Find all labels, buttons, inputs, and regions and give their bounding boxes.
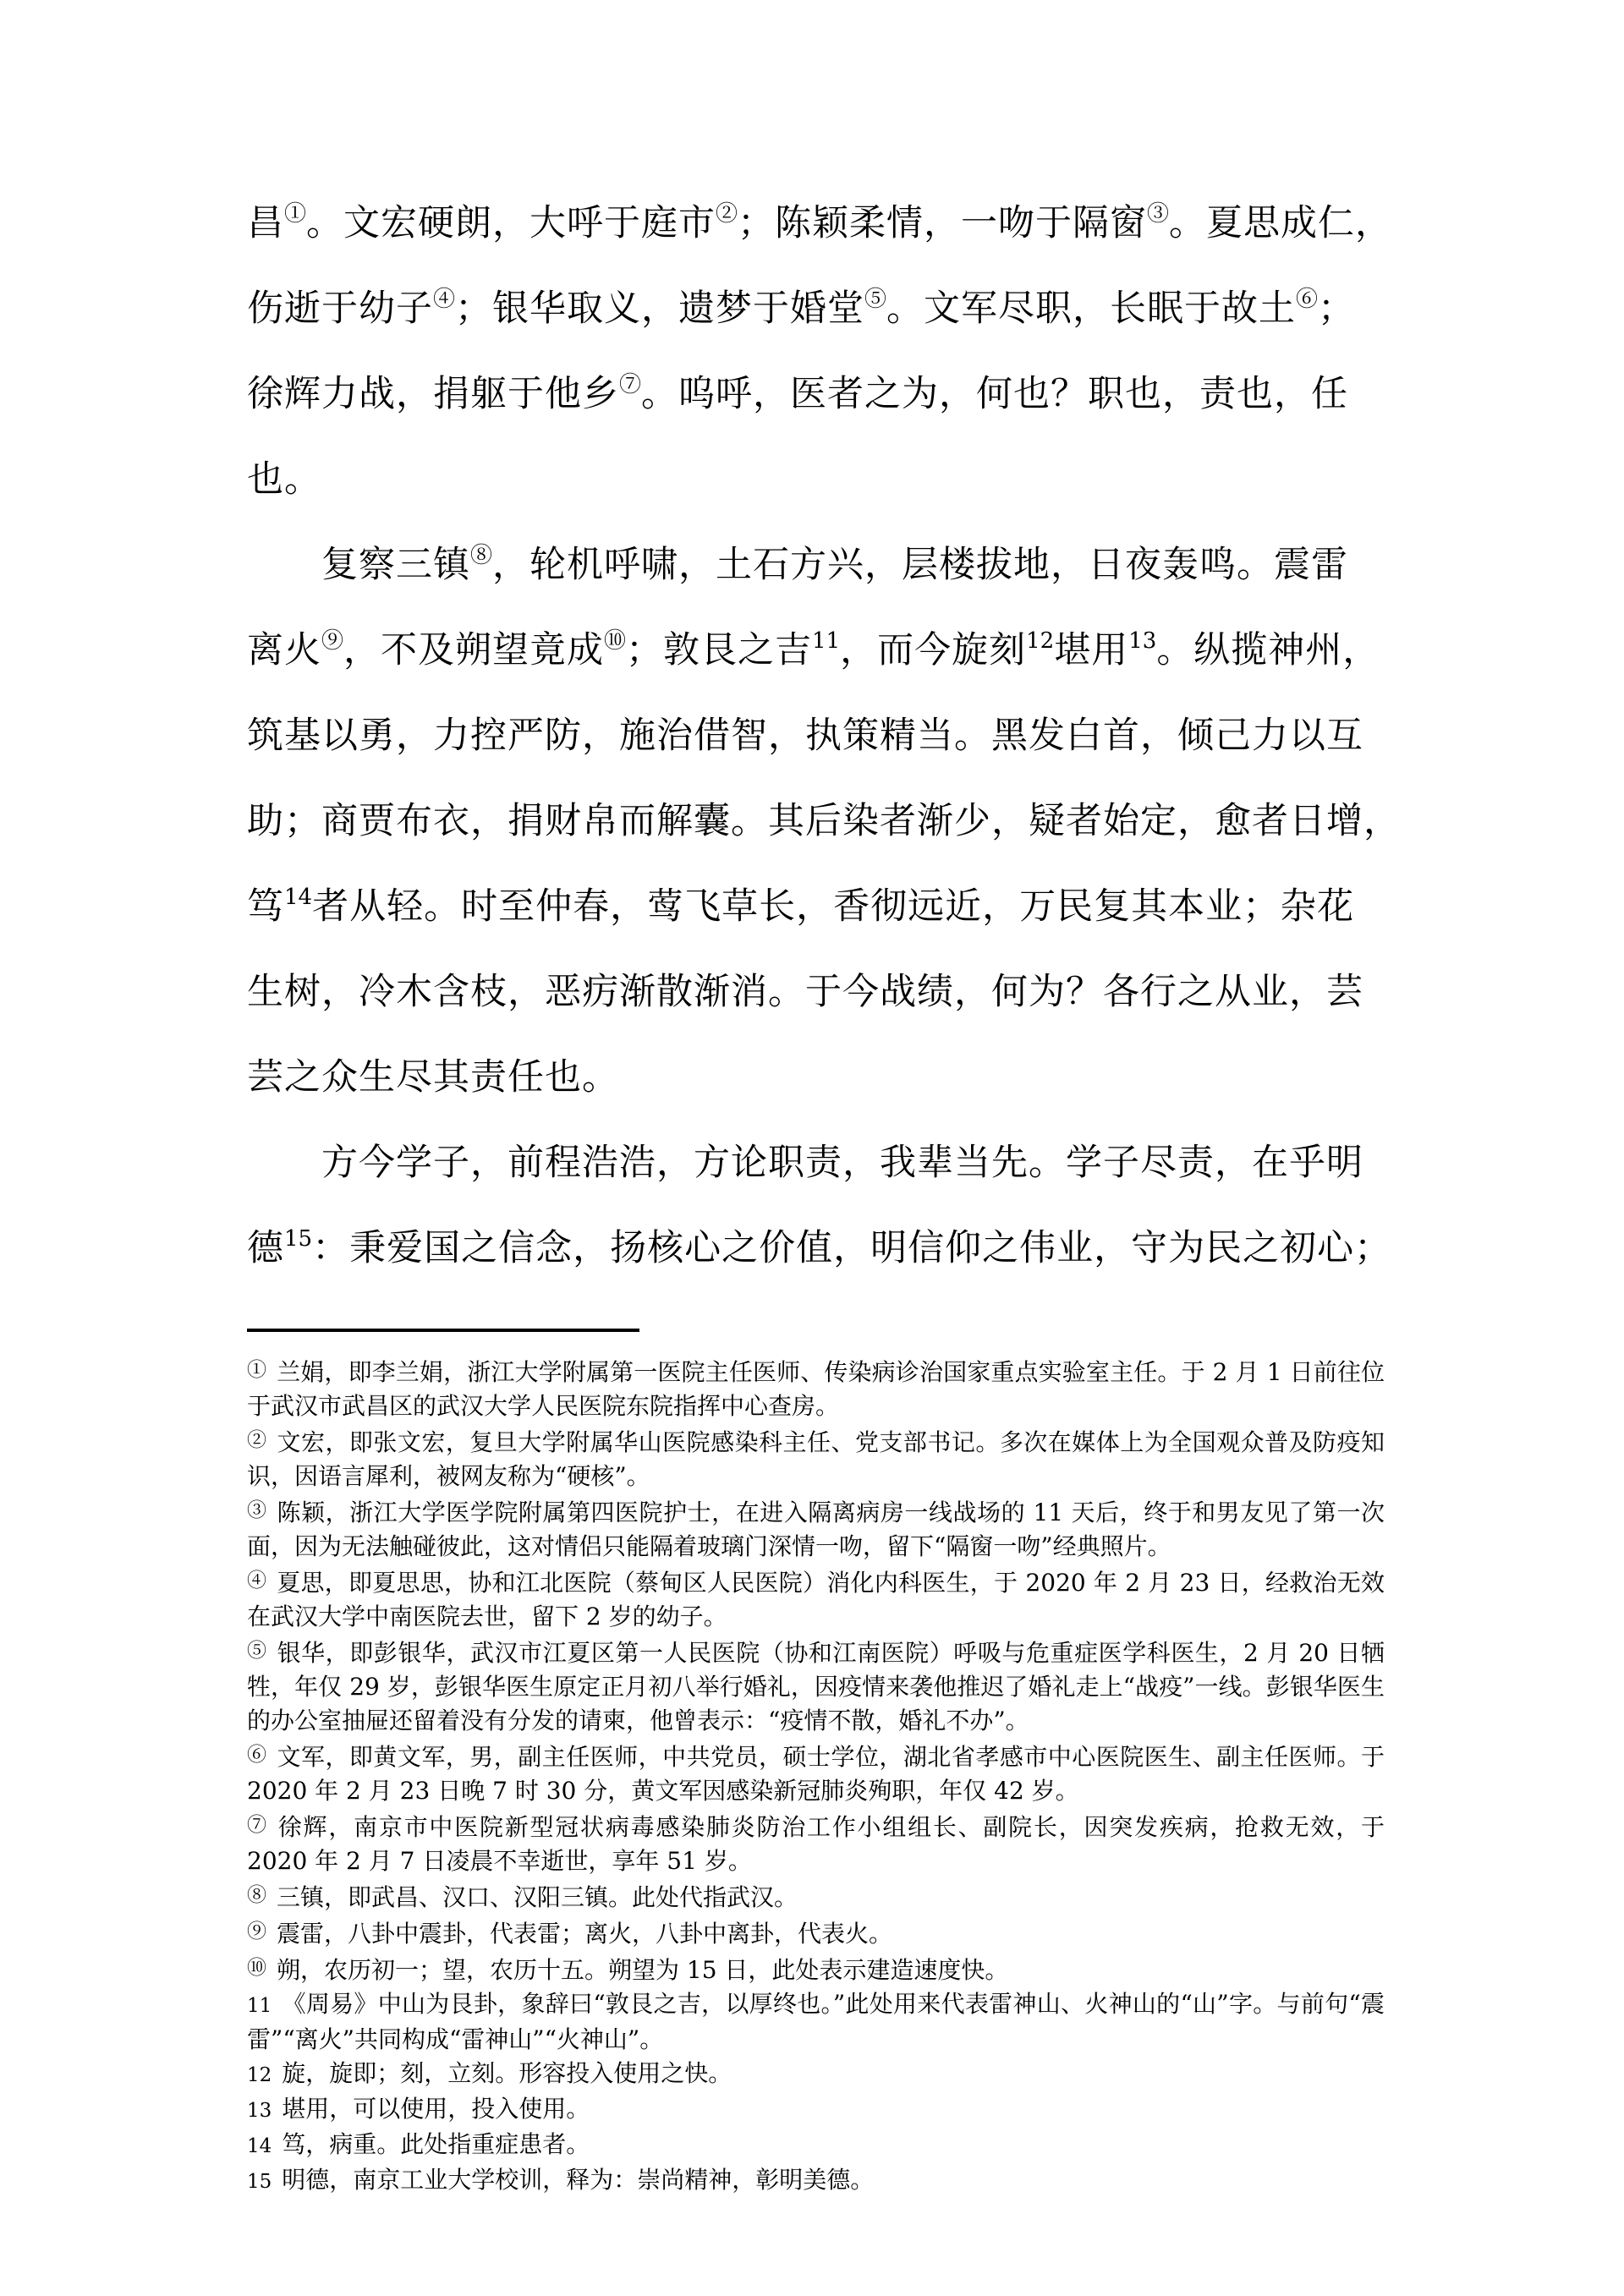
footnote-text: 文宏，即张文宏，复旦大学附属华山医院感染科主任、党支部书记。多次在媒体上为全国观… [247,1428,1385,1490]
footnote-marker: ⑥ [247,1744,266,1766]
footnote-text: 震雷，八卦中震卦，代表雷；离火，八卦中离卦，代表火。 [277,1920,892,1948]
footnote-item: 11《周易》中山为艮卦，象辞曰“敦艮之吉，以厚终也。”此处用来代表雷神山、火神山… [247,1987,1385,2057]
footnote-marker: ② [247,1429,266,1451]
footnote-reference: ⑤ [864,287,886,312]
footnote-item: ③陈颖，浙江大学医学院附属第四医院护士，在进入隔离病房一线战场的 11 天后，终… [247,1493,1385,1564]
footnote-separator [247,1329,639,1332]
body-line: 徐辉力战，捐躯于他乡⑦。呜呼，医者之为，何也？职也，责也，任 [247,352,1397,437]
body-line: 也。 [247,437,1397,523]
footnote-reference: ⑦ [619,372,641,397]
body-line: 筑基以勇，力控严防，施治借智，执策精当。黑发白首，倾己力以互 [247,693,1397,779]
footnote-reference: ⑥ [1296,287,1318,312]
footnote-item: ②文宏，即张文宏，复旦大学附属华山医院感染科主任、党支部书记。多次在媒体上为全国… [247,1423,1385,1493]
footnote-item: ④夏思，即夏思思，协和江北医院（蔡甸区人民医院）消化内科医生，于 2020 年 … [247,1564,1385,1634]
footnote-marker: 12 [247,2064,272,2086]
footnote-marker: ① [247,1359,266,1381]
footnote-marker: ⑩ [247,1957,266,1979]
body-line: 方今学子，前程浩浩，方论职责，我辈当先。学子尽责，在乎明 [247,1121,1397,1206]
footnote-text: 旋，旋即；刻，立刻。形容投入使用之快。 [282,2059,732,2087]
footnote-reference: ⑨ [321,628,343,654]
footnote-reference: ⑩ [604,628,626,654]
footnote-text: 陈颖，浙江大学医学院附属第四医院护士，在进入隔离病房一线战场的 11 天后，终于… [247,1499,1385,1560]
footnote-text: 徐辉，南京市中医院新型冠状病毒感染肺炎防治工作小组组长、副院长，因突发疾病，抢救… [247,1813,1385,1875]
footnote-item: 12旋，旋即；刻，立刻。形容投入使用之快。 [247,2057,1385,2092]
body-line: 生树，冷木含枝，恶疠渐散渐消。于今战绩，何为？各行之从业，芸 [247,950,1397,1035]
footnote-reference: 12 [1026,628,1054,654]
body-line: 德15：秉爱国之信念，扬核心之价值，明信仰之伟业，守为民之初心； [247,1206,1397,1291]
footnote-marker: ③ [247,1499,267,1521]
footnote-reference: ③ [1147,201,1169,227]
footnote-text: 朔，农历初一；望，农历十五。朔望为 15 日，此处表示建造速度快。 [277,1956,1008,1984]
footnote-marker: 15 [247,2171,272,2193]
footnote-marker: 13 [247,2100,272,2122]
body-line: 离火⑨，不及朔望竟成⑩；敦艮之吉11，而今旋刻12堪用13。纵揽神州， [247,608,1397,693]
footnote-item: ⑤银华，即彭银华，武汉市江夏区第一人民医院（协和江南医院）呼吸与危重症医学科医生… [247,1634,1385,1738]
footnote-text: 银华，即彭银华，武汉市江夏区第一人民医院（协和江南医院）呼吸与危重症医学科医生，… [247,1639,1385,1734]
footnote-marker: ④ [247,1570,266,1592]
footnote-reference: 13 [1128,628,1156,654]
footnote-text: 堪用，可以使用，投入使用。 [282,2095,590,2123]
body-line: 伤逝于幼子④；银华取义，遗梦于婚堂⑤。文军尽职，长眠于故土⑥； [247,266,1397,352]
footnote-marker: ⑨ [247,1921,266,1943]
body-line: 助；商贾布衣，捐财帛而解囊。其后染者渐少，疑者始定，愈者日增， [247,779,1397,864]
footnote-item: ⑧三镇，即武昌、汉口、汉阳三镇。此处代指武汉。 [247,1878,1385,1915]
footnote-text: 《周易》中山为艮卦，象辞曰“敦艮之吉，以厚终也。”此处用来代表雷神山、火神山的“… [247,1990,1385,2053]
footnote-marker: ⑦ [247,1814,268,1836]
footnote-item: ⑨震雷，八卦中震卦，代表雷；离火，八卦中离卦，代表火。 [247,1915,1385,1951]
footnote-reference: 11 [812,628,840,654]
footnote-text: 明德，南京工业大学校训，释为：崇尚精神，彰明美德。 [282,2166,874,2194]
body-line: 笃14者从轻。时至仲春，莺飞草长，香彻远近，万民复其本业；杂花 [247,864,1397,950]
footnote-item: 15明德，南京工业大学校训，释为：崇尚精神，彰明美德。 [247,2163,1385,2199]
document-body: 昌①。文宏硬朗，大呼于庭市②；陈颖柔情，一吻于隔窗③。夏思成仁，伤逝于幼子④；银… [247,181,1397,1291]
body-line: 复察三镇⑧，轮机呼啸，土石方兴，层楼拔地，日夜轰鸣。震雷 [247,523,1397,608]
footnote-item: ⑦徐辉，南京市中医院新型冠状病毒感染肺炎防治工作小组组长、副院长，因突发疾病，抢… [247,1808,1385,1878]
footnote-text: 文军，即黄文军，男，副主任医师，中共党员，硕士学位，湖北省孝感市中心医院医生、副… [247,1743,1385,1805]
footnote-text: 兰娟，即李兰娟，浙江大学附属第一医院主任医师、传染病诊治国家重点实验室主任。于 … [247,1358,1385,1420]
footnote-reference: ④ [433,287,455,312]
footnote-marker: ⑤ [247,1640,267,1662]
footnote-item: 14笃，病重。此处指重症患者。 [247,2128,1385,2163]
footnotes-section: ①兰娟，即李兰娟，浙江大学附属第一医院主任医师、传染病诊治国家重点实验室主任。于… [247,1353,1385,2199]
footnote-reference: ⑧ [470,543,492,568]
body-line: 芸之众生尽其责任也。 [247,1035,1397,1121]
footnote-reference: 14 [284,885,312,910]
document-page: 昌①。文宏硬朗，大呼于庭市②；陈颖柔情，一吻于隔窗③。夏思成仁，伤逝于幼子④；银… [0,0,1624,2296]
footnote-text: 夏思，即夏思思，协和江北医院（蔡甸区人民医院）消化内科医生，于 2020 年 2… [247,1569,1385,1630]
footnote-reference: ① [284,201,306,227]
footnote-item: ①兰娟，即李兰娟，浙江大学附属第一医院主任医师、传染病诊治国家重点实验室主任。于… [247,1353,1385,1423]
footnote-text: 笃，病重。此处指重症患者。 [282,2130,590,2158]
footnote-marker: 14 [247,2135,272,2157]
footnote-item: 13堪用，可以使用，投入使用。 [247,2092,1385,2128]
footnote-item: ⑩朔，农历初一；望，农历十五。朔望为 15 日，此处表示建造速度快。 [247,1951,1385,1987]
body-line: 昌①。文宏硬朗，大呼于庭市②；陈颖柔情，一吻于隔窗③。夏思成仁， [247,181,1397,266]
footnote-item: ⑥文军，即黄文军，男，副主任医师，中共党员，硕士学位，湖北省孝感市中心医院医生、… [247,1738,1385,1808]
footnote-marker: 11 [247,1995,272,2017]
footnote-reference: ② [716,201,738,227]
footnote-reference: 15 [284,1226,312,1252]
footnote-marker: ⑧ [247,1884,266,1906]
footnote-text: 三镇，即武昌、汉口、汉阳三镇。此处代指武汉。 [277,1883,798,1911]
